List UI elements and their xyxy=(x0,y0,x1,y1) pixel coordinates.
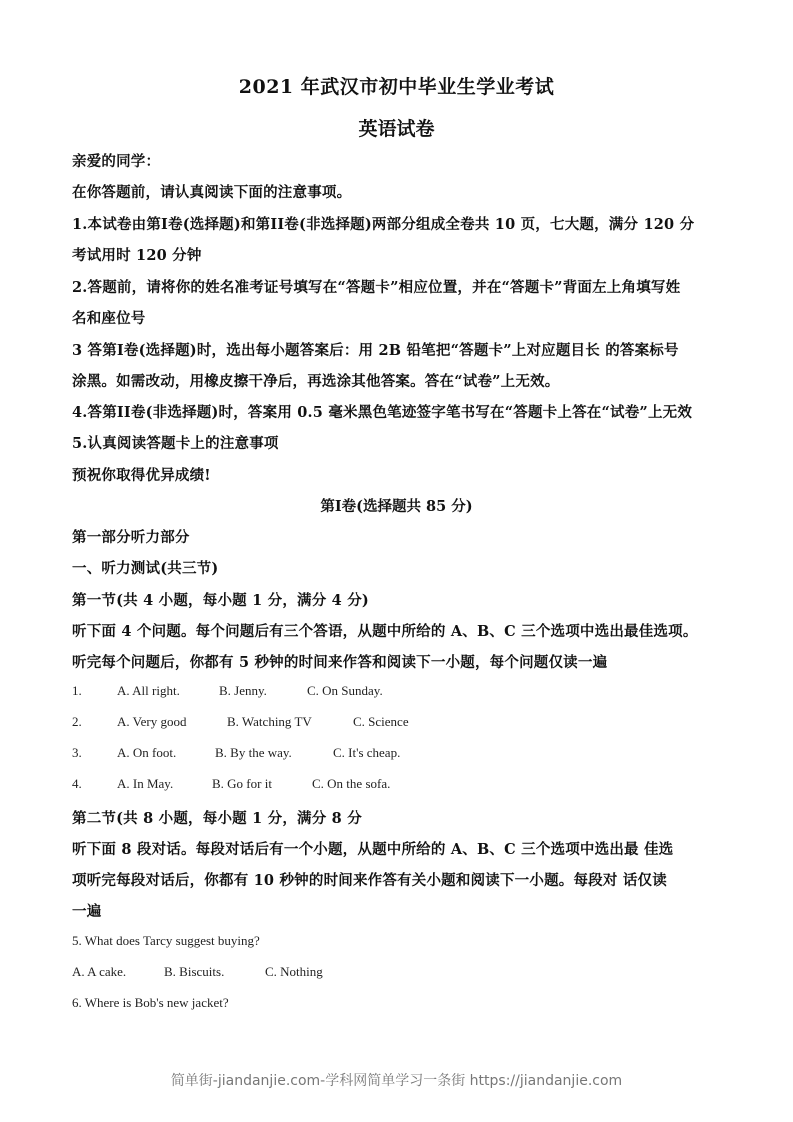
subsection-2-directions-1: 听下面 8 段对话。每段对话后有一个小题，从题中所给的 A、B、C 三个选项中选… xyxy=(72,838,673,859)
watermark-footer: 简单街-jiandanjie.com-学科网简单学习一条街 https://ji… xyxy=(0,1070,793,1090)
question-number: 4. xyxy=(72,776,82,792)
option-b: B. Jenny. xyxy=(219,683,267,699)
volume-1-heading: 第Ⅰ卷(选择题共 85 分) xyxy=(0,495,793,516)
option-a: A. On foot. xyxy=(117,745,176,761)
good-luck-wish: 预祝你取得优异成绩! xyxy=(72,464,211,485)
option-b: B. Go for it xyxy=(212,776,272,792)
exam-title: 2021 年武汉市初中毕业生学业考试 xyxy=(0,72,793,99)
option-b: B. Biscuits. xyxy=(164,964,224,980)
instruction-4: 4.答第II卷(非选择题)时，答案用 0.5 毫米黑色笔迹签字笔书写在“答题卡上… xyxy=(72,401,692,422)
greeting: 亲爱的同学： xyxy=(72,150,160,171)
option-a: A. Very good xyxy=(117,714,186,730)
instruction-3-line-2: 涂黑。如需改动，用橡皮擦干净后，再选涂其他答案。答在“试卷”上无效。 xyxy=(72,370,559,391)
subsection-1-heading: 第一节(共 4 小题，每小题 1 分，满分 4 分) xyxy=(72,589,369,610)
question-number: 1. xyxy=(72,683,82,699)
instructions-intro: 在你答题前，请认真阅读下面的注意事项。 xyxy=(72,181,351,202)
option-c: C. Nothing xyxy=(265,964,323,980)
subsection-1-directions-1: 听下面 4 个问题。每个问题后有三个答语，从题中所给的 A、B、C 三个选项中选… xyxy=(72,620,698,641)
subsection-2-directions-2: 项听完每段对话后，你都有 10 秒钟的时间来作答有关小题和阅读下一小题。每段对 … xyxy=(72,869,667,890)
option-c: C. Science xyxy=(353,714,409,730)
subsection-1-directions-2: 听完每个问题后，你都有 5 秒钟的时间来作答和阅读下一小题，每个问题仅读一遍 xyxy=(72,651,607,672)
instruction-1-line-1: 1.本试卷由第Ⅰ卷(选择题)和第II卷(非选择题)两部分组成全卷共 10 页，七… xyxy=(72,213,694,234)
option-c: C. On Sunday. xyxy=(307,683,383,699)
option-c: C. On the sofa. xyxy=(312,776,390,792)
question-number: 2. xyxy=(72,714,82,730)
subsection-2-heading: 第二节(共 8 小题，每小题 1 分，满分 8 分 xyxy=(72,807,362,828)
option-c: C. It's cheap. xyxy=(333,745,400,761)
option-a: A. All right. xyxy=(117,683,180,699)
instruction-2-line-2: 名和座位号 xyxy=(72,307,146,328)
question-5: 5. What does Tarcy suggest buying? xyxy=(72,933,260,949)
exam-page: 2021 年武汉市初中毕业生学业考试 英语试卷 亲爱的同学： 在你答题前，请认真… xyxy=(0,0,793,1122)
option-b: B. Watching TV xyxy=(227,714,312,730)
instruction-3-line-1: 3 答第Ⅰ卷(选择题)时，选出每小题答案后：用 2B 铅笔把“答题卡”上对应题目… xyxy=(72,339,679,360)
option-a: A. A cake. xyxy=(72,964,126,980)
instruction-2-line-1: 2.答题前，请将你的姓名准考证号填写在“答题卡”相应位置，并在“答题卡”背面左上… xyxy=(72,276,680,297)
question-number: 3. xyxy=(72,745,82,761)
subsection-2-directions-3: 一遍 xyxy=(72,900,101,921)
question-6: 6. Where is Bob's new jacket? xyxy=(72,995,229,1011)
instruction-1-line-2: 考试用时 120 分钟 xyxy=(72,244,202,265)
exam-subtitle: 英语试卷 xyxy=(0,114,793,141)
instruction-5: 5.认真阅读答题卡上的注意事项 xyxy=(72,432,279,453)
option-a: A. In May. xyxy=(117,776,173,792)
option-b: B. By the way. xyxy=(215,745,292,761)
listening-section-title: 一、听力测试(共三节) xyxy=(72,557,218,578)
part-1-heading: 第一部分听力部分 xyxy=(72,526,190,547)
